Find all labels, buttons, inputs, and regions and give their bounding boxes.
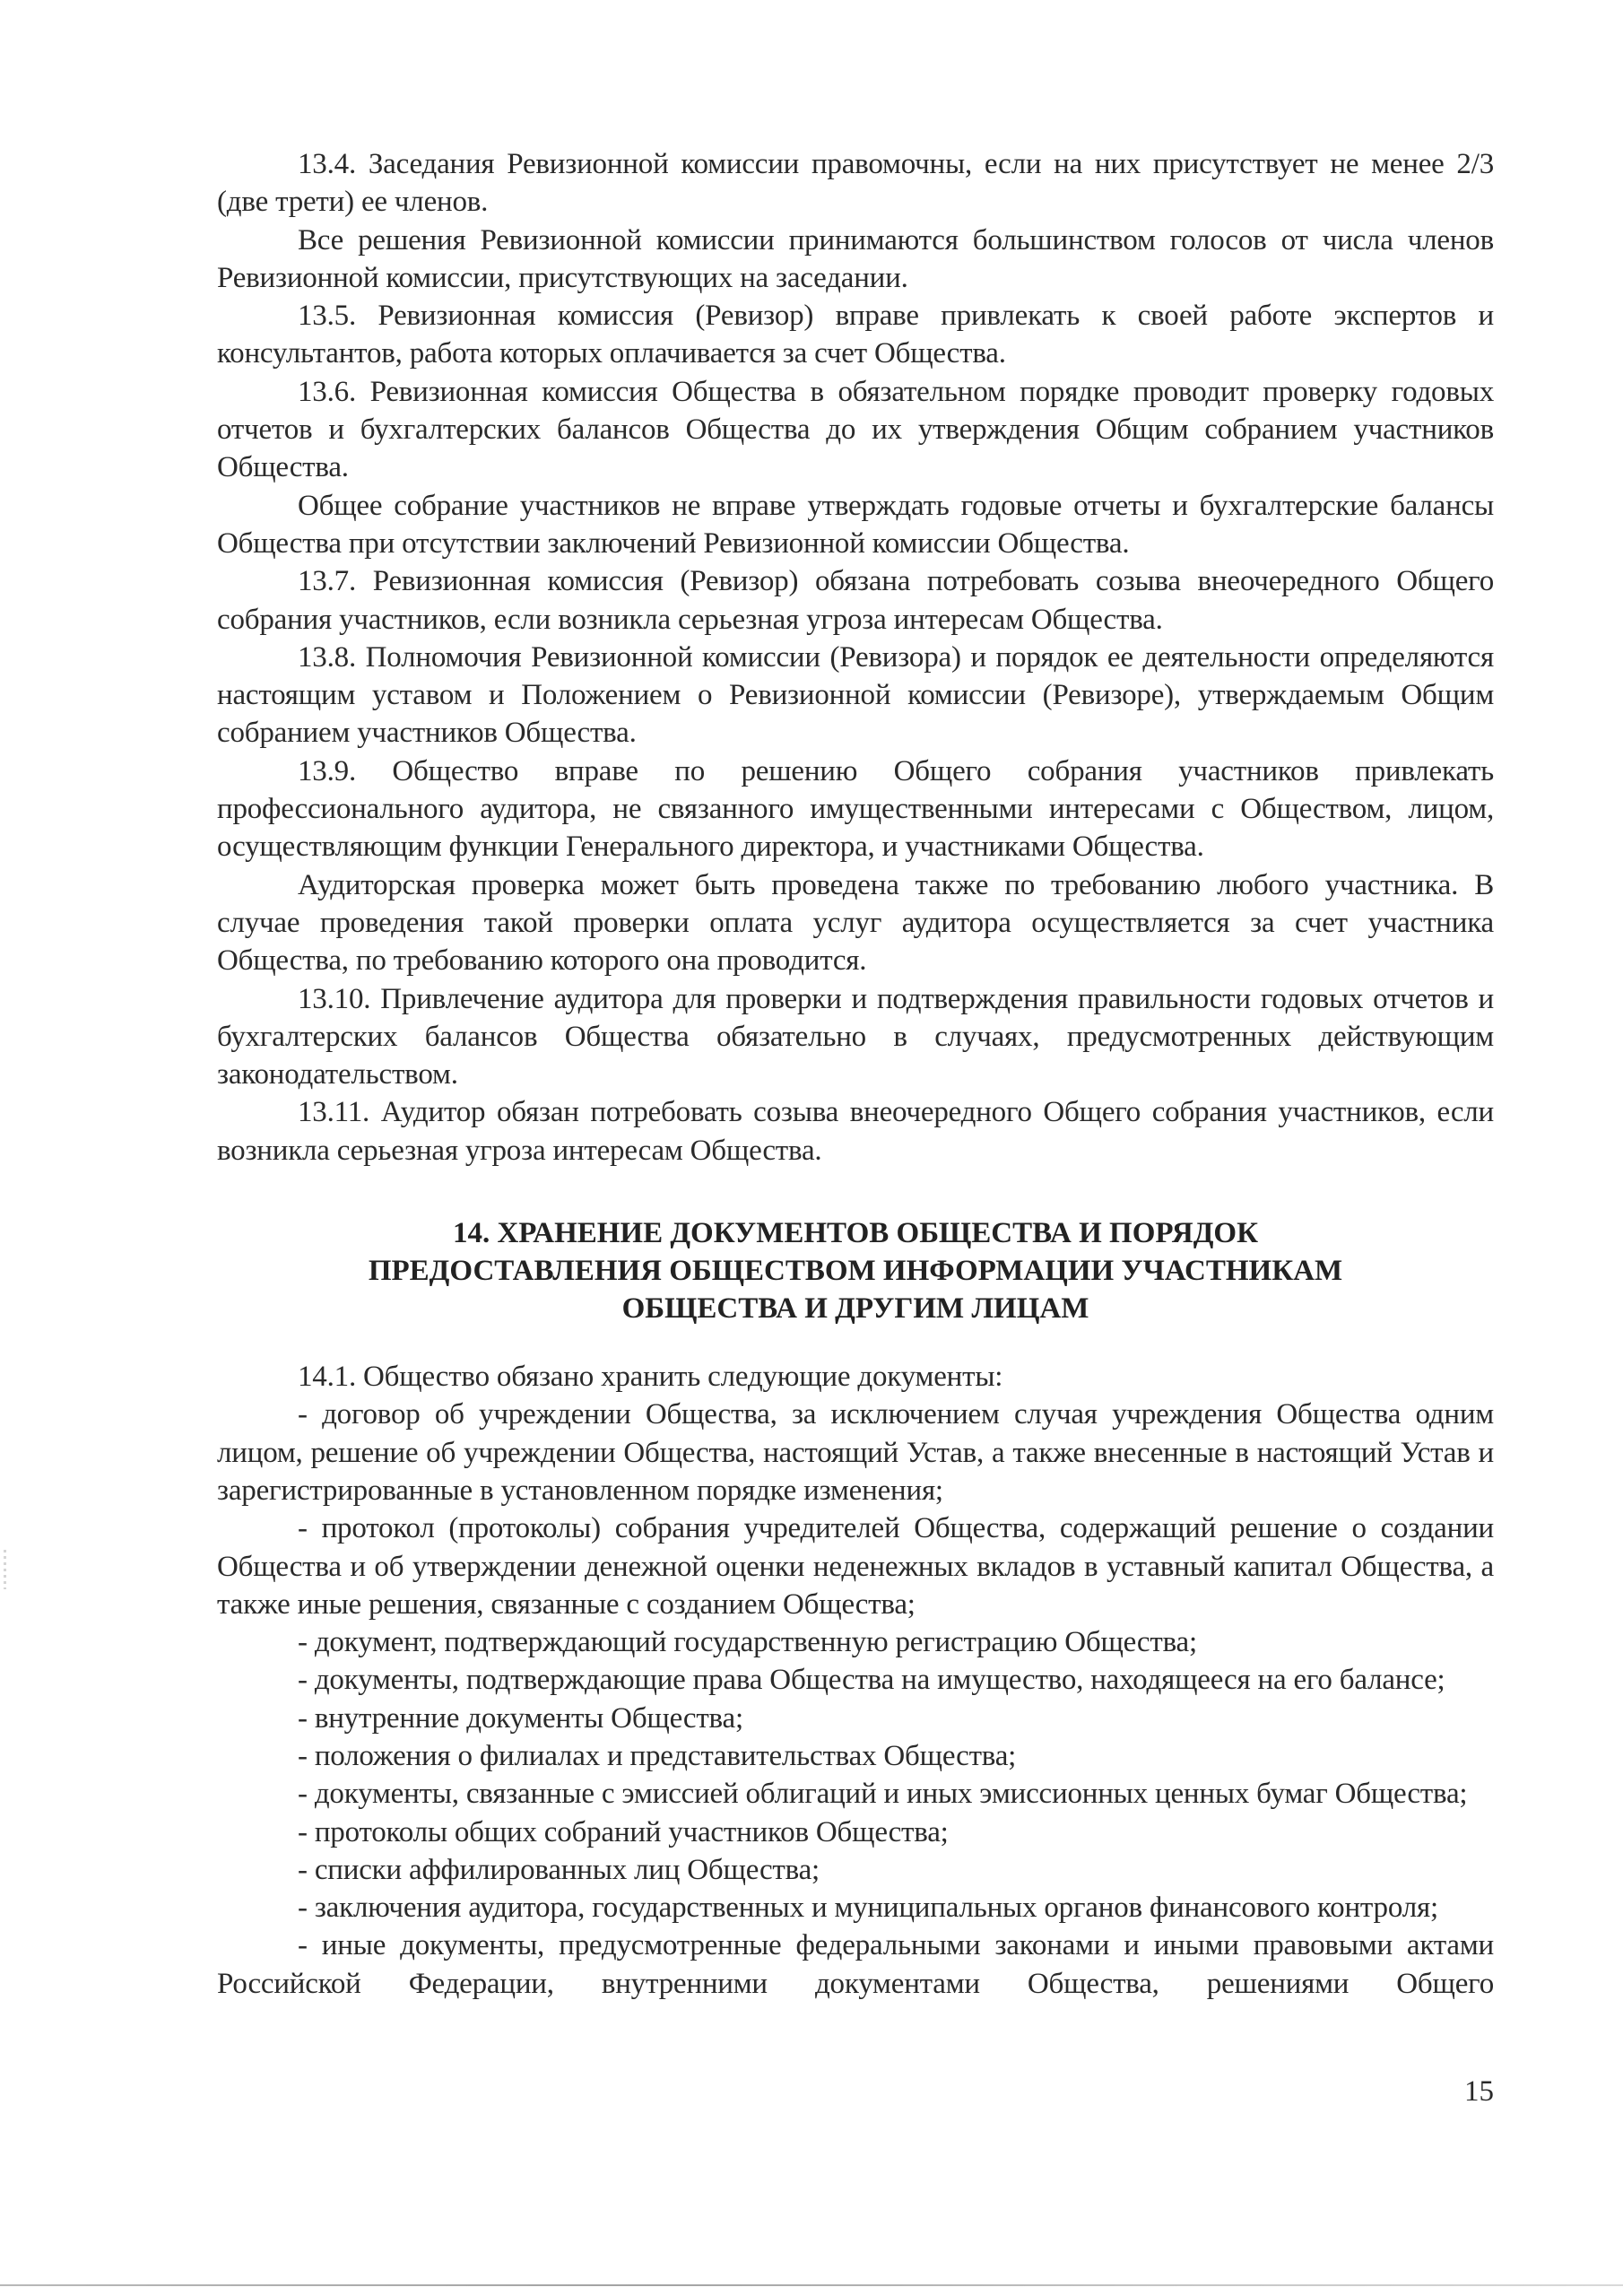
paragraph-13-11: 13.11. Аудитор обязан потребовать созыва…	[217, 1093, 1494, 1170]
list-item: - протокол (протоколы) собрания учредите…	[217, 1509, 1494, 1623]
paragraph-13-6-general-meeting: Общее собрание участников не вправе утве…	[217, 487, 1494, 563]
list-item: - договор об учреждении Общества, за иск…	[217, 1396, 1494, 1509]
list-item: - документы, связанные с эмиссией облига…	[217, 1775, 1494, 1813]
document-page: 13.4. Заседания Ревизионной комиссии пра…	[217, 145, 1494, 2003]
paragraph-13-5: 13.5. Ревизионная комиссия (Ревизор) впр…	[217, 297, 1494, 373]
list-item: - списки аффилированных лиц Общества;	[217, 1851, 1494, 1889]
list-item: - положения о филиалах и представительст…	[217, 1737, 1494, 1775]
heading-line-2: ПРЕДОСТАВЛЕНИЯ ОБЩЕСТВОМ ИНФОРМАЦИИ УЧАС…	[217, 1252, 1494, 1290]
section-13-continued: 13.4. Заседания Ревизионной комиссии пра…	[217, 145, 1494, 1170]
paragraph-13-7: 13.7. Ревизионная комиссия (Ревизор) обя…	[217, 562, 1494, 639]
list-item: - иные документы, предусмотренные федера…	[217, 1926, 1494, 2003]
paragraph-13-4-decisions: Все решения Ревизионной комиссии принима…	[217, 222, 1494, 298]
paragraph-13-9-audit: Аудиторская проверка может быть проведен…	[217, 866, 1494, 980]
paragraph-14-1: 14.1. Общество обязано хранить следующие…	[217, 1358, 1494, 1396]
list-item: - документ, подтверждающий государственн…	[217, 1623, 1494, 1661]
section-14-heading: 14. ХРАНЕНИЕ ДОКУМЕНТОВ ОБЩЕСТВА И ПОРЯД…	[217, 1214, 1494, 1327]
list-item: - протоколы общих собраний участников Об…	[217, 1813, 1494, 1851]
paragraph-13-10: 13.10. Привлечение аудитора для проверки…	[217, 980, 1494, 1094]
paragraph-13-6: 13.6. Ревизионная комиссия Общества в об…	[217, 373, 1494, 487]
paragraph-13-4: 13.4. Заседания Ревизионной комиссии пра…	[217, 145, 1494, 222]
section-14: 14.1. Общество обязано хранить следующие…	[217, 1358, 1494, 2003]
scan-artifact	[4, 1550, 6, 1589]
page-number: 15	[1444, 2074, 1494, 2109]
paragraph-13-9: 13.9. Общество вправе по решению Общего …	[217, 752, 1494, 866]
list-item: - заключения аудитора, государственных и…	[217, 1889, 1494, 1926]
heading-line-3: ОБЩЕСТВА И ДРУГИМ ЛИЦАМ	[217, 1290, 1494, 1327]
list-item: - документы, подтверждающие права Общест…	[217, 1661, 1494, 1699]
paragraph-13-8: 13.8. Полномочия Ревизионной комиссии (Р…	[217, 639, 1494, 752]
list-item: - внутренние документы Общества;	[217, 1700, 1494, 1737]
heading-line-1: 14. ХРАНЕНИЕ ДОКУМЕНТОВ ОБЩЕСТВА И ПОРЯД…	[217, 1214, 1494, 1252]
scan-edge-line	[0, 2284, 1623, 2286]
